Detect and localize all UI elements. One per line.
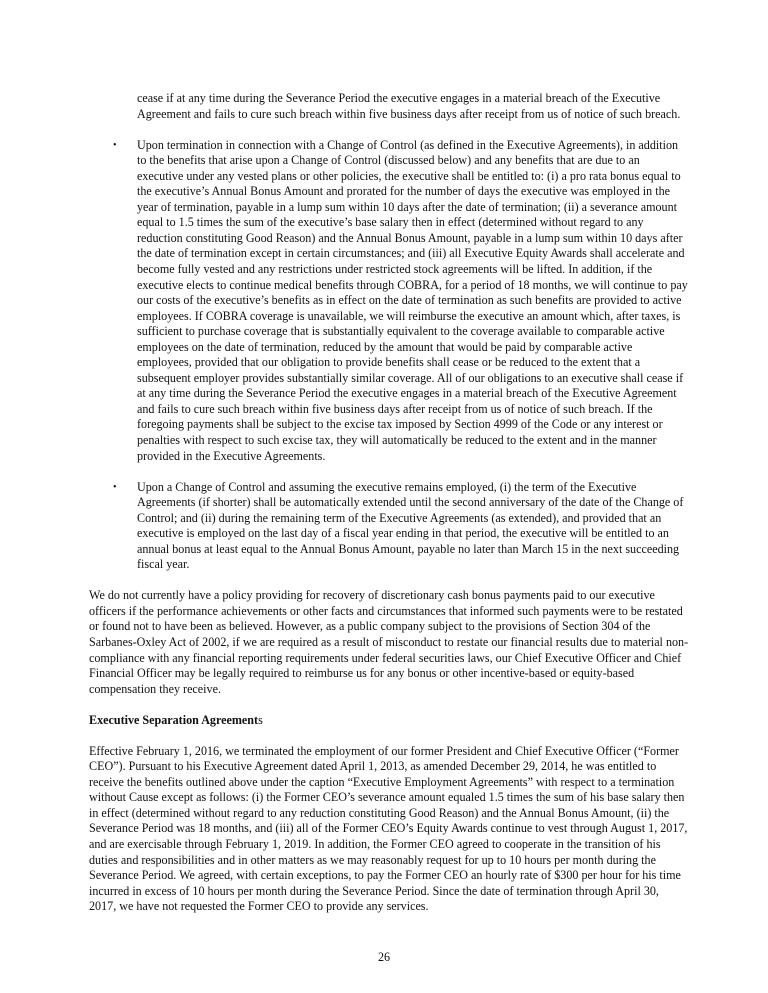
bullet-text: Upon termination in connection with a Ch… (137, 138, 688, 463)
bullet-icon: • (113, 480, 117, 496)
section-heading: Executive Separation Agreements (89, 713, 689, 729)
bullet-item-change-of-control-employed: • Upon a Change of Control and assuming … (89, 480, 689, 573)
section-heading-bold: Executive Separation Agreement (89, 713, 258, 727)
section-heading-tail: s (258, 713, 263, 727)
bullet-item-change-of-control-termination: • Upon termination in connection with a … (89, 138, 689, 464)
bullet-icon: • (113, 138, 117, 154)
continuation-text: cease if at any time during the Severanc… (89, 91, 689, 122)
bullet-text: Upon a Change of Control and assuming th… (137, 480, 683, 572)
separation-paragraph: Effective February 1, 2016, we terminate… (89, 744, 689, 915)
clawback-paragraph: We do not currently have a policy provid… (89, 588, 689, 697)
page-number: 26 (0, 950, 768, 966)
document-page: cease if at any time during the Severanc… (89, 91, 689, 930)
